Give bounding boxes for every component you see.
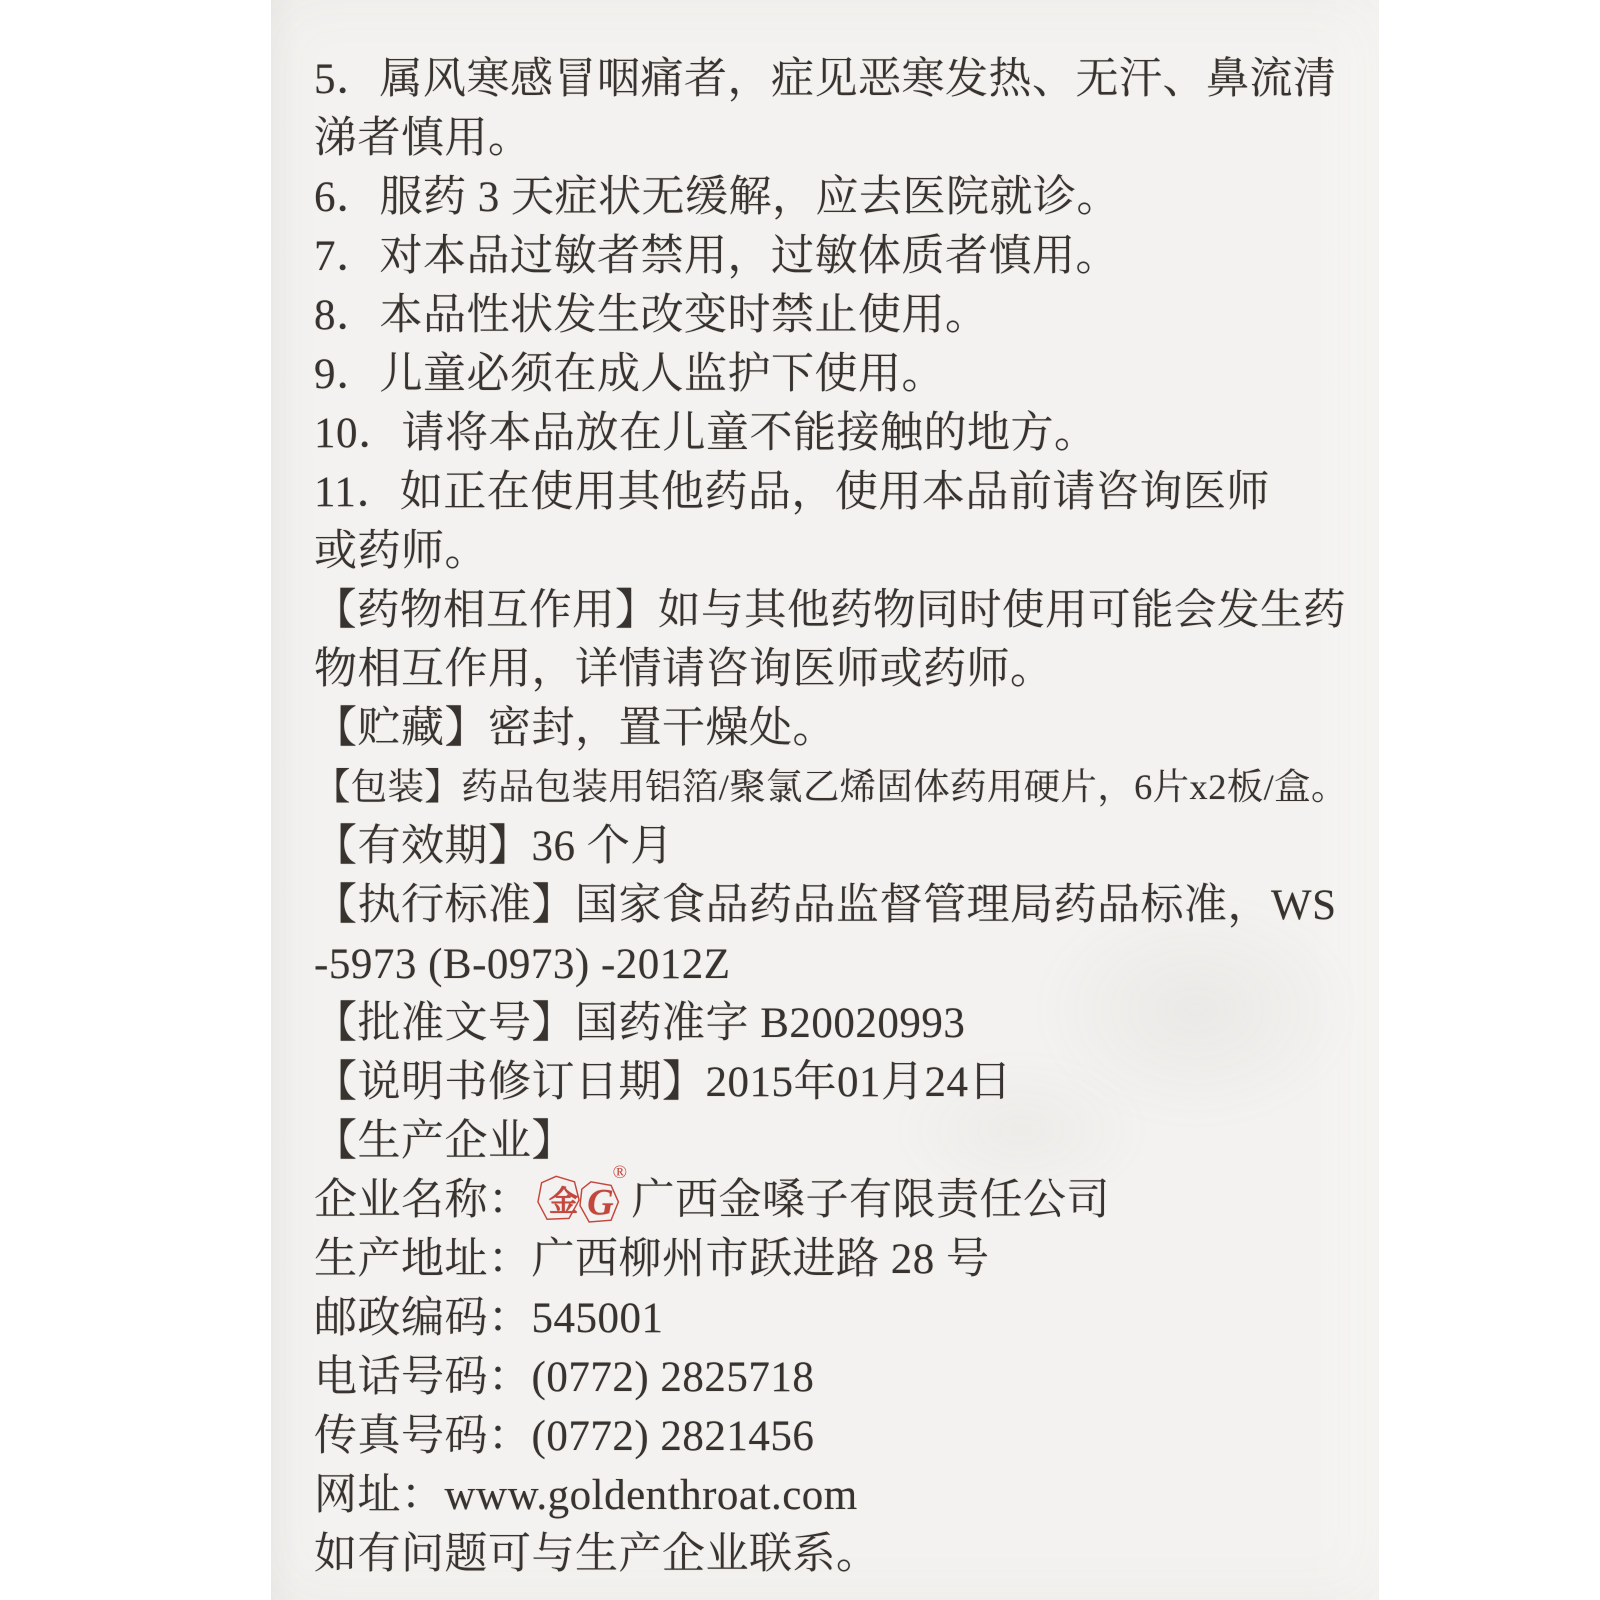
registered-trademark-symbol: ® <box>613 1163 628 1182</box>
svg-text:G: G <box>587 1181 614 1222</box>
text-line: 【有效期】36 个月 <box>314 817 1347 876</box>
text-line: 【包装】药品包装用铝箔/聚氯乙烯固体药用硬片，6片x2板/盒。 <box>314 758 1347 817</box>
text-line: 【生产企业】 <box>314 1112 1347 1171</box>
company-name-label: 企业名称： <box>314 1171 532 1230</box>
text-line: 网址：www.goldenthroat.com <box>314 1466 1347 1525</box>
text-line: 【说明书修订日期】2015年01月24日 <box>314 1053 1347 1112</box>
text-line: 9．儿童必须在成人监护下使用。 <box>314 345 1347 404</box>
text-line: 【药物相互作用】如与其他药物同时使用可能会发生药 <box>314 581 1347 640</box>
text-line: 涕者慎用。 <box>314 109 1347 168</box>
text-line: -5973 (B-0973) -2012Z <box>314 935 1347 994</box>
company-name-value: 广西金嗓子有限责任公司 <box>632 1171 1111 1230</box>
text-line: 电话号码：(0772) 2825718 <box>314 1348 1347 1407</box>
text-line: 7．对本品过敏者禁用，过敏体质者慎用。 <box>314 227 1347 286</box>
leaflet-page: 5．属风寒感冒咽痛者，症见恶寒发热、无汗、鼻流清涕者慎用。6．服药 3 天症状无… <box>271 0 1379 1600</box>
text-line: 如有问题可与生产企业联系。 <box>314 1525 1347 1584</box>
text-line: 或药师。 <box>314 522 1347 581</box>
svg-text:金: 金 <box>548 1185 578 1218</box>
text-line: 6．服药 3 天症状无缓解，应去医院就诊。 <box>314 168 1347 227</box>
text-line: 生产地址：广西柳州市跃进路 28 号 <box>314 1230 1347 1289</box>
text-line: 邮政编码：545001 <box>314 1289 1347 1348</box>
screenshot-root: 5．属风寒感冒咽痛者，症见恶寒发热、无汗、鼻流清涕者慎用。6．服药 3 天症状无… <box>0 0 1600 1600</box>
golden-throat-logo-icon: 金G® <box>534 1169 626 1233</box>
company-name-line: 企业名称：金G®广西金嗓子有限责任公司 <box>314 1171 1347 1230</box>
text-line: 5．属风寒感冒咽痛者，症见恶寒发热、无汗、鼻流清 <box>314 50 1347 109</box>
text-line: 11．如正在使用其他药品，使用本品前请咨询医师 <box>314 463 1347 522</box>
text-line: 【执行标准】国家食品药品监督管理局药品标准，WS <box>314 876 1347 935</box>
insert-body-text: 5．属风寒感冒咽痛者，症见恶寒发热、无汗、鼻流清涕者慎用。6．服药 3 天症状无… <box>314 50 1347 1584</box>
text-line: 传真号码：(0772) 2821456 <box>314 1407 1347 1466</box>
text-line: 【贮藏】密封，置干燥处。 <box>314 699 1347 758</box>
text-line: 【批准文号】国药准字 B20020993 <box>314 994 1347 1053</box>
text-line: 物相互作用，详情请咨询医师或药师。 <box>314 640 1347 699</box>
text-line: 8．本品性状发生改变时禁止使用。 <box>314 286 1347 345</box>
text-line: 10．请将本品放在儿童不能接触的地方。 <box>314 404 1347 463</box>
